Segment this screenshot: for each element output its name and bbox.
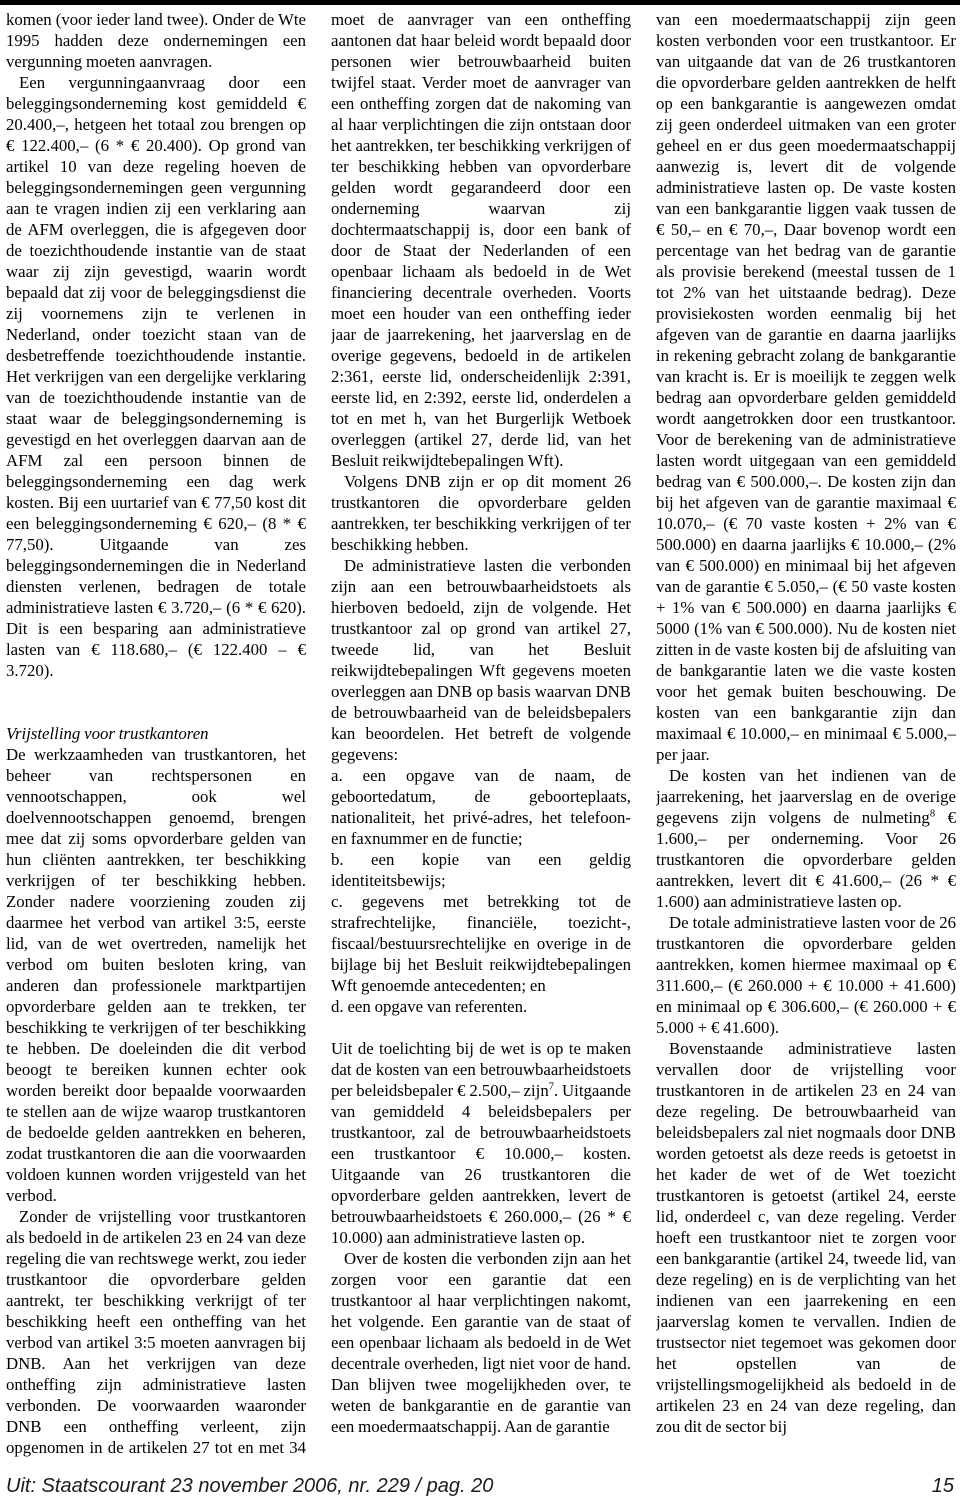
page-footer: Uit: Staatscourant 23 november 2006, nr.…: [6, 1474, 954, 1499]
paragraph: komen (voor ieder land twee). Onder de W…: [6, 9, 306, 72]
paragraph: Uit de toelichting bij de wet is op te m…: [331, 1038, 631, 1248]
footnote-reference: 7: [549, 1081, 554, 1092]
top-rule: [0, 0, 960, 5]
paragraph: Volgens DNB zijn er op dit moment 26 tru…: [331, 471, 631, 555]
paragraph: moet de aanvrager van een ontheffing aan…: [331, 9, 631, 471]
page-number: 15: [932, 1474, 954, 1499]
paragraph: De werkzaamheden van trustkantoren, het …: [6, 744, 306, 1206]
paragraph: Bovenstaande administratieve lasten verv…: [656, 1038, 956, 1437]
paragraph: Een vergunningaanvraag door een beleggin…: [6, 72, 306, 681]
paragraph: van een moedermaatschappij zijn geen kos…: [656, 9, 956, 765]
paragraph: c. gegevens met betrekking tot de strafr…: [331, 891, 631, 996]
paragraph: a. een opgave van de naam, de geboorteda…: [331, 765, 631, 849]
footer-source: Uit: Staatscourant 23 november 2006, nr.…: [6, 1474, 493, 1499]
paragraph: De kosten van het indienen van de jaarre…: [656, 765, 956, 912]
footnote-reference: 8: [930, 808, 935, 819]
section-heading: Vrijstelling voor trustkantoren: [6, 723, 306, 744]
paragraph: De totale administratieve lasten voor de…: [656, 912, 956, 1038]
paragraph: De administratieve lasten die verbonden …: [331, 555, 631, 765]
text-column: van een moedermaatschappij zijn geen kos…: [656, 9, 956, 1461]
text-column: moet de aanvrager van een ontheffing aan…: [331, 9, 631, 1461]
article-columns: komen (voor ieder land twee). Onder de W…: [6, 9, 957, 1461]
paragraph: b. een kopie van een geldig identiteitsb…: [331, 849, 631, 891]
newspaper-page: komen (voor ieder land twee). Onder de W…: [0, 0, 960, 1509]
paragraph: Over de kosten die verbonden zijn aan he…: [331, 1248, 631, 1437]
paragraph: Zonder de vrijstelling voor trustkantore…: [6, 1206, 306, 1461]
text-column: komen (voor ieder land twee). Onder de W…: [6, 9, 306, 1461]
paragraph: d. een opgave van referenten.: [331, 996, 631, 1017]
